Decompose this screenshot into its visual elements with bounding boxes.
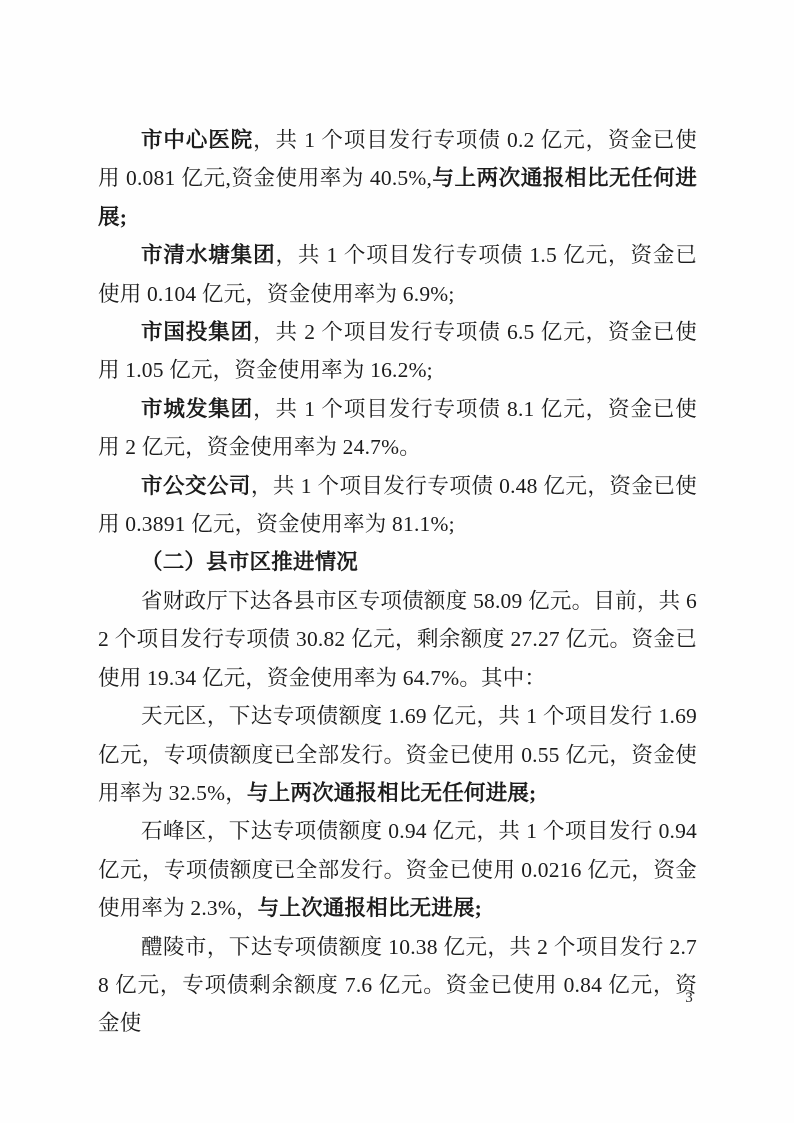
bold-text-segment: 市清水塘集团 [141, 243, 276, 267]
page-number: 3 [681, 988, 697, 1008]
paragraph: 市公交公司，共 1 个项目发行专项债 0.48 亿元，资金已使用 0.3891 … [98, 467, 697, 544]
bold-text-segment: 与上两次通报相比无任何进展; [247, 781, 536, 805]
text-segment: 醴陵市，下达专项债额度 10.38 亿元，共 2 个项目发行 2.78 亿元，专… [98, 935, 697, 1036]
document-body: 市中心医院，共 1 个项目发行专项债 0.2 亿元，资金已使用 0.081 亿元… [98, 121, 697, 1043]
bold-text-segment: （二）县市区推进情况 [141, 550, 358, 574]
paragraph: 市中心医院，共 1 个项目发行专项债 0.2 亿元，资金已使用 0.081 亿元… [98, 121, 697, 236]
paragraph: 市城发集团，共 1 个项目发行专项债 8.1 亿元，资金已使用 2 亿元，资金使… [98, 390, 697, 467]
document-page: 市中心医院，共 1 个项目发行专项债 0.2 亿元，资金已使用 0.081 亿元… [0, 0, 794, 1123]
text-segment: 省财政厅下达各县市区专项债额度 58.09 亿元。目前，共 62 个项目发行专项… [98, 589, 697, 690]
bold-text-segment: 市城发集团 [141, 397, 253, 421]
bold-text-segment: 市国投集团 [141, 320, 253, 344]
paragraph: 石峰区，下达专项债额度 0.94 亿元，共 1 个项目发行 0.94 亿元，专项… [98, 812, 697, 927]
bold-text-segment: 市中心医院 [141, 128, 253, 152]
bold-text-segment: 与上次通报相比无进展; [258, 896, 482, 920]
paragraph: 市国投集团，共 2 个项目发行专项债 6.5 亿元，资金已使用 1.05 亿元，… [98, 313, 697, 390]
paragraph: 天元区，下达专项债额度 1.69 亿元，共 1 个项目发行 1.69 亿元，专项… [98, 697, 697, 812]
section-heading: （二）县市区推进情况 [98, 543, 697, 581]
bold-text-segment: 市公交公司 [141, 474, 251, 498]
paragraph: 市清水塘集团，共 1 个项目发行专项债 1.5 亿元，资金已使用 0.104 亿… [98, 236, 697, 313]
paragraph: 醴陵市，下达专项债额度 10.38 亿元，共 2 个项目发行 2.78 亿元，专… [98, 928, 697, 1043]
paragraph: 省财政厅下达各县市区专项债额度 58.09 亿元。目前，共 62 个项目发行专项… [98, 582, 697, 697]
